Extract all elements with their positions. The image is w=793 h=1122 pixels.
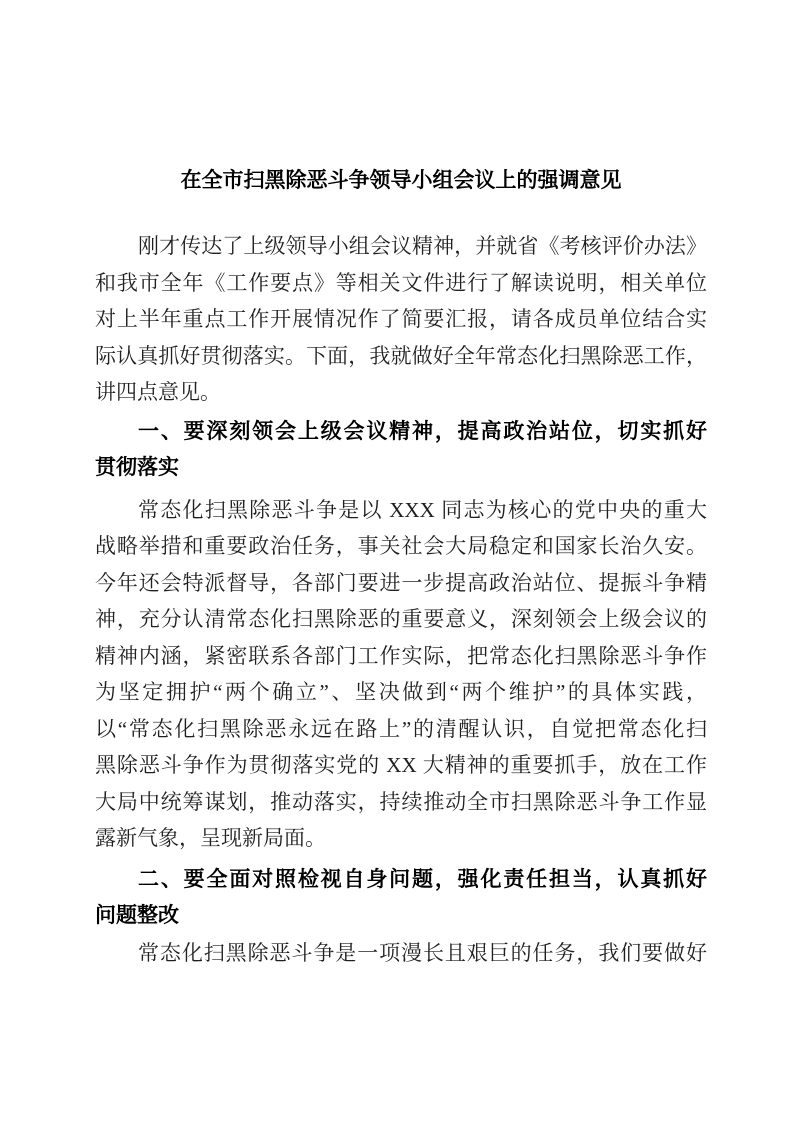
text-line: 露新气象，呈现新局面。 — [95, 820, 707, 857]
text-line: 以“常态化扫黑除恶永远在路上”的清醒认识，自觉把常态化扫 — [95, 711, 707, 748]
text-line: 神，充分认清常态化扫黑除恶的重要意义，深刻领会上级会议的 — [95, 601, 707, 638]
text-line: 大局中统筹谋划，推动落实，持续推动全市扫黑除恶斗争工作显 — [95, 784, 707, 821]
document-page: 在全市扫黑除恶斗争领导小组会议上的强调意见 刚才传达了上级领导小组会议精神，并就… — [0, 0, 793, 1122]
text-line: 精神内涵，紧密联系各部门工作实际，把常态化扫黑除恶斗争作 — [95, 638, 707, 675]
text-line: 常态化扫黑除恶斗争是一项漫长且艰巨的任务，我们要做好 — [95, 935, 707, 972]
text-line: 问题整改 — [95, 898, 707, 935]
text-line: 刚才传达了上级领导小组会议精神，并就省《考核评价办法》 — [95, 228, 707, 265]
text-line: 贯彻落实 — [95, 450, 707, 487]
text-line: 黑除恶斗争作为贯彻落实党的 XX 大精神的重要抓手，放在工作 — [95, 747, 707, 784]
paragraph-block: 常态化扫黑除恶斗争是以 XXX 同志为核心的党中央的重大战略举措和重要政治任务，… — [95, 492, 707, 857]
paragraph-block: 常态化扫黑除恶斗争是一项漫长且艰巨的任务，我们要做好 — [95, 935, 707, 972]
text-line: 讲四点意见。 — [95, 374, 707, 411]
text-line: 为坚定拥护“两个确立”、坚决做到“两个维护”的具体实践， — [95, 674, 707, 711]
heading-block: 二、要全面对照检视自身问题，强化责任担当，认真抓好问题整改 — [95, 862, 707, 935]
text-line: 战略举措和重要政治任务，事关社会大局稳定和国家长治久安。 — [95, 528, 707, 565]
text-line: 对上半年重点工作开展情况作了简要汇报，请各成员单位结合实 — [95, 301, 707, 338]
text-line: 和我市全年《工作要点》等相关文件进行了解读说明，相关单位 — [95, 265, 707, 302]
heading-block: 一、要深刻领会上级会议精神，提高政治站位，切实抓好贯彻落实 — [95, 414, 707, 487]
text-line: 际认真抓好贯彻落实。下面，我就做好全年常态化扫黑除恶工作， — [95, 338, 707, 375]
paragraph-block: 刚才传达了上级领导小组会议精神，并就省《考核评价办法》和我市全年《工作要点》等相… — [95, 228, 707, 411]
document-content: 在全市扫黑除恶斗争领导小组会议上的强调意见 刚才传达了上级领导小组会议精神，并就… — [95, 160, 707, 971]
text-line: 今年还会特派督导，各部门要进一步提高政治站位、提振斗争精 — [95, 565, 707, 602]
text-line: 常态化扫黑除恶斗争是以 XXX 同志为核心的党中央的重大 — [95, 492, 707, 529]
text-line: 二、要全面对照检视自身问题，强化责任担当，认真抓好 — [95, 862, 707, 899]
document-title: 在全市扫黑除恶斗争领导小组会议上的强调意见 — [95, 160, 707, 202]
text-line: 一、要深刻领会上级会议精神，提高政治站位，切实抓好 — [95, 414, 707, 451]
